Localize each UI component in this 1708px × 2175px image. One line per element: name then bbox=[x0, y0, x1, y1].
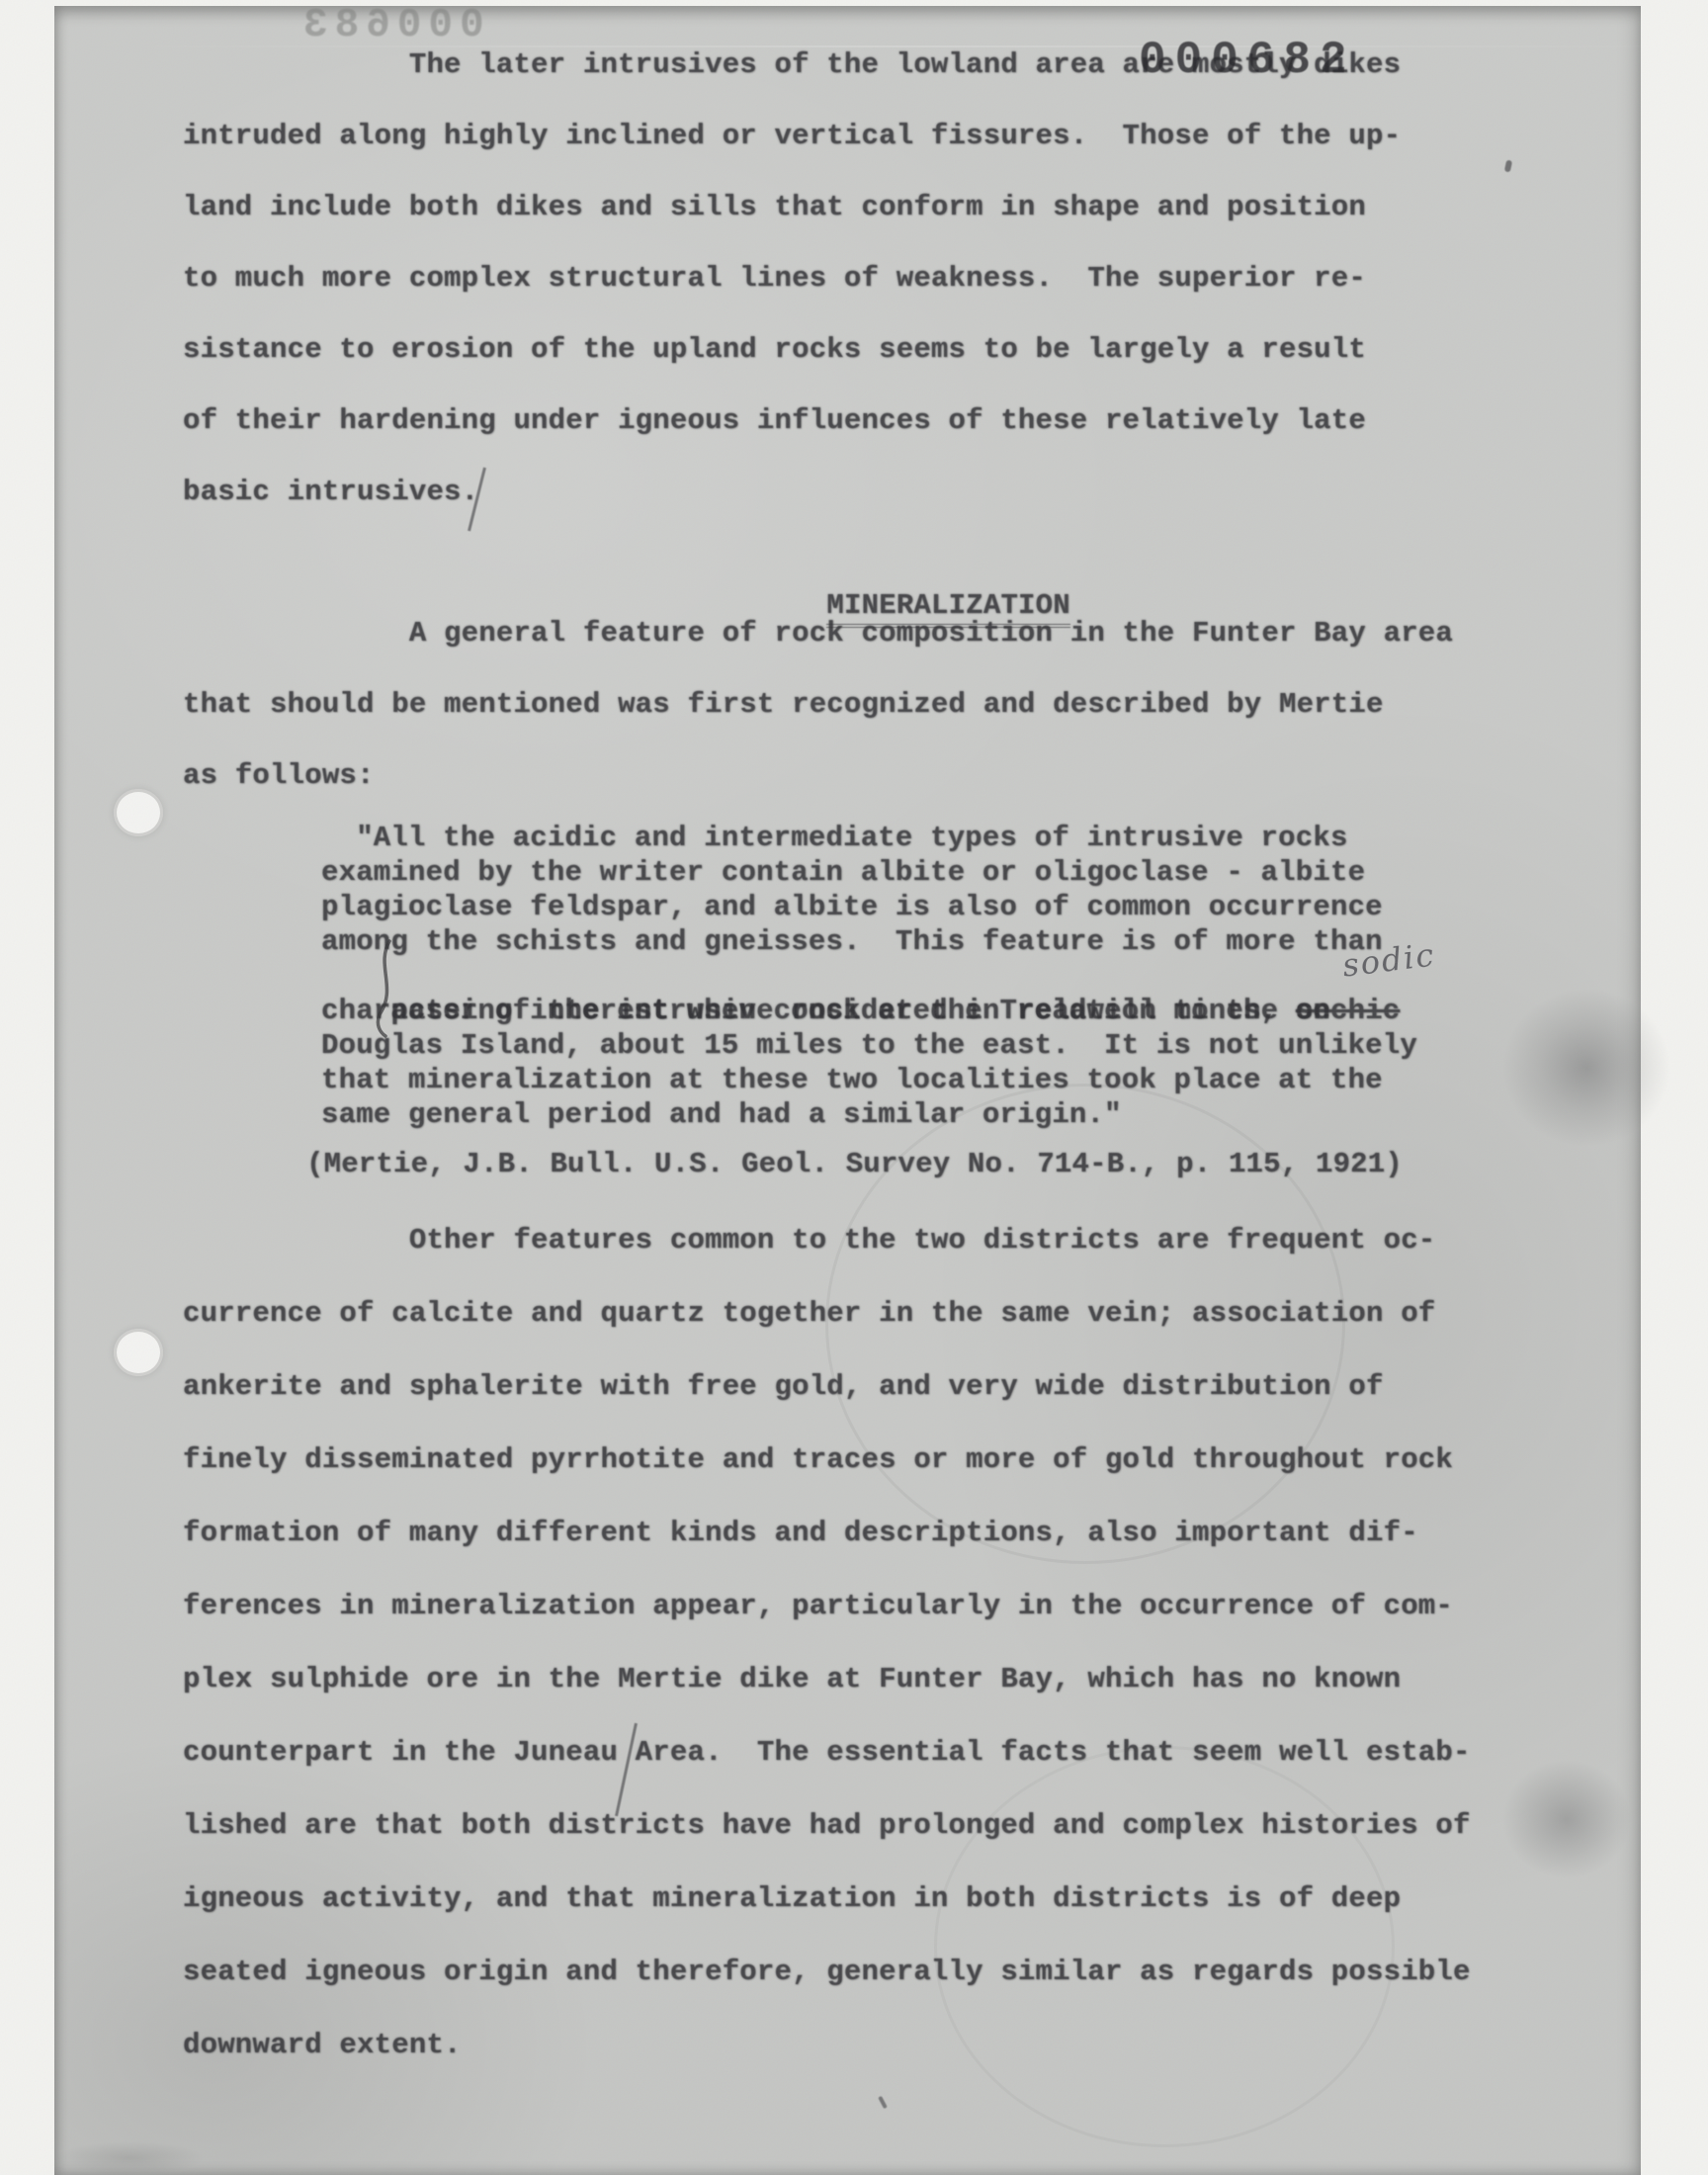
paragraph-3: Other features common to the two distric… bbox=[183, 1204, 1471, 2082]
typed-line: that should be mentioned was first recog… bbox=[183, 669, 1453, 740]
stamp-page-number: 000682 bbox=[1139, 38, 1356, 83]
quote-line: among the schists and gneisses. This fea… bbox=[321, 924, 1383, 959]
typed-line: currence of calcite and quartz together … bbox=[183, 1277, 1471, 1350]
quote-line: that mineralization at these two localit… bbox=[321, 1063, 1417, 1097]
typed-line: igneous activity, and that mineralizatio… bbox=[183, 1863, 1471, 1936]
typed-line: of their hardening under igneous influen… bbox=[183, 386, 1401, 457]
typed-line: intruded along highly inclined or vertic… bbox=[183, 101, 1401, 172]
typed-line: formation of many different kinds and de… bbox=[183, 1497, 1471, 1570]
quote-block-lower: character of the intrusive rock at the T… bbox=[321, 994, 1417, 1132]
typed-line: downward extent. bbox=[183, 2009, 1471, 2082]
typed-line: finely disseminated pyrrhotite and trace… bbox=[183, 1424, 1471, 1497]
quote-line: examined by the writer contain albite or… bbox=[321, 855, 1383, 890]
typed-line: sistance to erosion of the upland rocks … bbox=[183, 314, 1401, 386]
citation-line: (Mertie, J.B. Bull. U.S. Geol. Survey No… bbox=[306, 1147, 1403, 1182]
quote-line-with-correction: passing interest when considered in rela… bbox=[321, 959, 1400, 994]
typed-line: lished are that both districts have had … bbox=[183, 1789, 1471, 1863]
quote-line: character of the intrusive rock at the T… bbox=[321, 994, 1417, 1028]
typed-line: counterpart in the Juneau Area. The esse… bbox=[183, 1716, 1471, 1789]
quote-line: plagioclase feldspar, and albite is also… bbox=[321, 890, 1383, 924]
typed-line: Other features common to the two distric… bbox=[183, 1204, 1471, 1277]
typed-line: to much more complex structural lines of… bbox=[183, 243, 1401, 314]
typed-line: ferences in mineralization appear, parti… bbox=[183, 1570, 1471, 1643]
typed-line: basic intrusives. bbox=[183, 457, 1401, 528]
paragraph-1: The later intrusives of the lowland area… bbox=[183, 30, 1401, 528]
typed-line: land include both dikes and sills that c… bbox=[183, 172, 1401, 243]
typed-line: A general feature of rock composition in… bbox=[183, 598, 1453, 669]
punch-hole-bottom bbox=[114, 1329, 163, 1376]
typed-line: seated igneous origin and therefore, gen… bbox=[183, 1936, 1471, 2009]
typed-line: as follows: bbox=[183, 740, 1453, 812]
punch-hole-top bbox=[114, 789, 163, 836]
paragraph-2: A general feature of rock composition in… bbox=[183, 598, 1453, 812]
quote-line: same general period and had a similar or… bbox=[321, 1097, 1417, 1132]
quote-block-upper: "All the acidic and intermediate types o… bbox=[321, 821, 1383, 959]
quote-line: Douglas Island, about 15 miles to the ea… bbox=[321, 1028, 1417, 1063]
typed-line: plex sulphide ore in the Mertie dike at … bbox=[183, 1643, 1471, 1716]
quote-line: "All the acidic and intermediate types o… bbox=[321, 821, 1383, 855]
typed-line: ankerite and sphalerite with free gold, … bbox=[183, 1350, 1471, 1424]
